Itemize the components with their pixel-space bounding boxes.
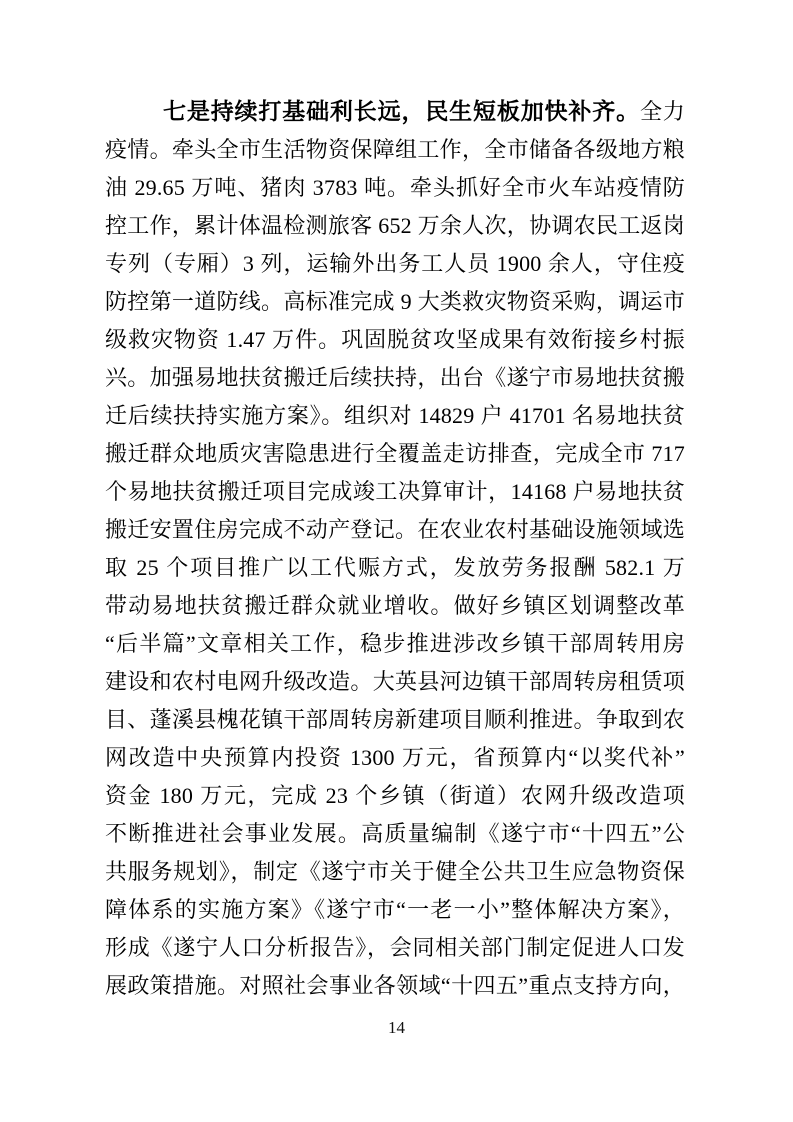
text-line: 共服务规划》，制定《遂宁市关于健全公共卫生应急物资保 <box>105 853 685 891</box>
text-line: 障体系的实施方案》《遂宁市“一老一小”整体解决方案》， <box>105 891 685 929</box>
section-heading: 七是持续打基础利长远，民生短板加快补齐。 <box>163 99 640 124</box>
text-line: 级救灾物资 1.47 万件。巩固脱贫攻坚成果有效衔接乡村振 <box>105 321 685 359</box>
text-line: 控工作，累计体温检测旅客 652 万余人次，协调农民工返岗 <box>105 207 685 245</box>
text-line: 取 25 个项目推广以工代赈方式，发放劳务报酬 582.1 万元， <box>105 549 685 587</box>
text-line: “后半篇”文章相关工作，稳步推进涉改乡镇干部周转用房 <box>105 625 685 663</box>
text-line: 兴。加强易地扶贫搬迁后续扶持，出台《遂宁市易地扶贫搬 <box>105 359 685 397</box>
text-line: 搬迁安置住房完成不动产登记。在农业农村基础设施领域选 <box>105 511 685 549</box>
document-page: 七是持续打基础利长远，民生短板加快补齐。全力抗击 疫情。牵头全市生活物资保障组工… <box>0 0 793 1122</box>
text-line: 形成《遂宁人口分析报告》，会同相关部门制定促进人口发 <box>105 929 685 967</box>
text-line: 迁后续扶持实施方案》。组织对 14829 户 41701 名易地扶贫 <box>105 397 685 435</box>
text-line: 网改造中央预算内投资 1300 万元，省预算内“以奖代补” <box>105 739 685 777</box>
text-line: 个易地扶贫搬迁项目完成竣工决算审计，14168 户易地扶贫 <box>105 473 685 511</box>
text-line: 不断推进社会事业发展。高质量编制《遂宁市“十四五”公 <box>105 815 685 853</box>
text-line: 建设和农村电网升级改造。大英县河边镇干部周转房租赁项 <box>105 663 685 701</box>
text-line: 疫情。牵头全市生活物资保障组工作，全市储备各级地方粮 <box>105 131 685 169</box>
text-line: 油 29.65 万吨、猪肉 3783 吨。牵头抓好全市火车站疫情防 <box>105 169 685 207</box>
text-line: 防控第一道防线。高标准完成 9 大类救灾物资采购，调运市 <box>105 283 685 321</box>
text-line: 带动易地扶贫搬迁群众就业增收。做好乡镇区划调整改革 <box>105 587 685 625</box>
heading-line: 七是持续打基础利长远，民生短板加快补齐。全力抗击 <box>105 93 685 131</box>
page-number: 14 <box>0 1018 793 1038</box>
text-line: 资金 180 万元，完成 23 个乡镇（街道）农网升级改造项目。 <box>105 777 685 815</box>
text-line: 搬迁群众地质灾害隐患进行全覆盖走访排查，完成全市 717 <box>105 435 685 473</box>
text-line: 目、蓬溪县槐花镇干部周转房新建项目顺利推进。争取到农 <box>105 701 685 739</box>
text-line: 展政策措施。对照社会事业各领域“十四五”重点支持方向， <box>105 967 685 1005</box>
text-line: 专列（专厢）3 列，运输外出务工人员 1900 余人，守住疫情 <box>105 245 685 283</box>
report-paragraph: 七是持续打基础利长远，民生短板加快补齐。全力抗击 疫情。牵头全市生活物资保障组工… <box>105 93 685 1005</box>
